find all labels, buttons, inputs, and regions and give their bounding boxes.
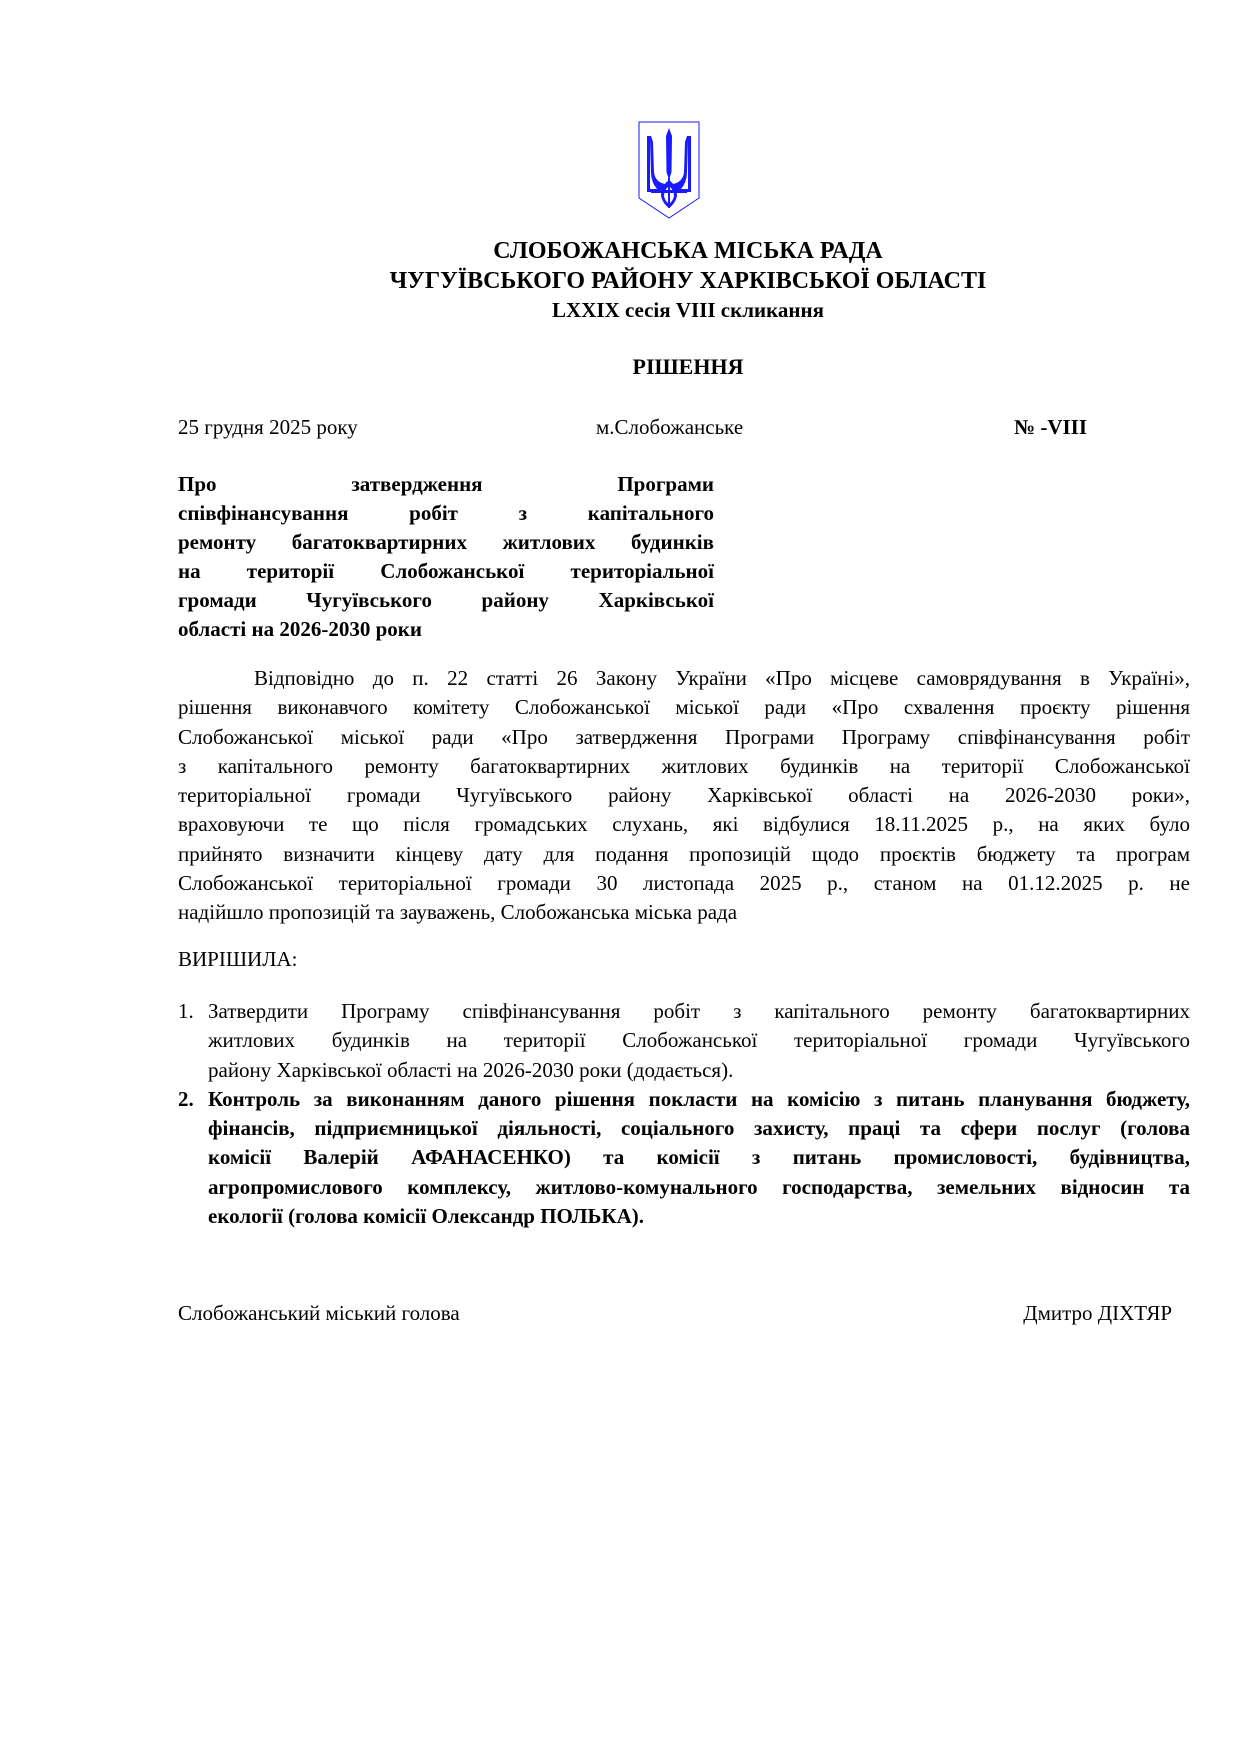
item-line: комісії Валерій АФАНАСЕНКО) та комісії з… xyxy=(208,1143,1190,1172)
item-line: району Харківської області на 2026-2030 … xyxy=(208,1056,1190,1085)
preamble-line: територіальної громади Чугуївського райо… xyxy=(178,781,1190,810)
council-name: СЛОБОЖАНСЬКА МІСЬКА РАДА xyxy=(0,236,1240,266)
resolution-item-2: 2. Контроль за виконанням даного рішення… xyxy=(178,1085,1190,1231)
council-district: ЧУГУЇВСЬКОГО РАЙОНУ ХАРКІВСЬКОЇ ОБЛАСТІ xyxy=(0,266,1240,296)
item-line: Контроль за виконанням даного рішення по… xyxy=(208,1085,1190,1114)
document-number: № -VIII xyxy=(1014,412,1087,442)
document-date: 25 грудня 2025 року xyxy=(178,412,358,442)
document-city: м.Слобожанське xyxy=(596,412,743,442)
item-line: агропромислового комплексу, житлово-кому… xyxy=(208,1173,1190,1202)
preamble-paragraph: Відповідно до п. 22 статті 26 Закону Укр… xyxy=(178,664,1190,928)
title-line: Про затвердження Програми xyxy=(178,470,714,499)
resolved-label: ВИРІШИЛА: xyxy=(178,944,297,974)
title-line: області на 2026-2030 роки xyxy=(178,615,714,644)
title-line: ремонту багатоквартирних житлових будинк… xyxy=(178,528,714,557)
session-line: LXXIX сесія VIII скликання xyxy=(0,296,1240,324)
item-line: фінансів, підприємницької діяльності, со… xyxy=(208,1114,1190,1143)
item-number: 2. xyxy=(178,1085,194,1114)
preamble-line: надійшло пропозицій та зауважень, Слобож… xyxy=(178,898,1190,927)
preamble-line: з капітального ремонту багатоквартирних … xyxy=(178,752,1190,781)
document-type-heading: РІШЕННЯ xyxy=(0,352,1240,382)
preamble-line: враховуючи те що після громадських слуха… xyxy=(178,810,1190,839)
decision-title: Про затвердження Програми співфінансуван… xyxy=(178,470,714,644)
item-line: екології (голова комісії Олександр ПОЛЬК… xyxy=(208,1202,1190,1231)
signatory-name: Дмитро ДІХТЯР xyxy=(1023,1298,1172,1328)
preamble-line: рішення виконавчого комітету Слобожанськ… xyxy=(178,693,1190,722)
preamble-line: Слобожанської міської ради «Про затвердж… xyxy=(178,723,1190,752)
document-meta-row: 25 грудня 2025 року м.Слобожанське № -VI… xyxy=(178,412,1100,442)
ukraine-trident-coat-of-arms-icon xyxy=(637,120,701,220)
preamble-line: Слобожанської територіальної громади 30 … xyxy=(178,869,1190,898)
item-line: Затвердити Програму співфінансування роб… xyxy=(208,997,1190,1026)
item-line: житлових будинків на території Слобожанс… xyxy=(208,1026,1190,1055)
title-line: співфінансування робіт з капітального xyxy=(178,499,714,528)
item-number: 1. xyxy=(178,997,194,1026)
title-line: громади Чугуївського району Харківської xyxy=(178,586,714,615)
preamble-line: Відповідно до п. 22 статті 26 Закону Укр… xyxy=(178,664,1190,693)
resolution-list: 1. Затвердити Програму співфінансування … xyxy=(178,997,1190,1231)
resolution-item-1: 1. Затвердити Програму співфінансування … xyxy=(178,997,1190,1085)
signatory-position: Слобожанський міський голова xyxy=(178,1298,460,1328)
title-line: на території Слобожанської територіально… xyxy=(178,557,714,586)
preamble-line: прийнято визначити кінцеву дату для пода… xyxy=(178,840,1190,869)
document-page: СЛОБОЖАНСЬКА МІСЬКА РАДА ЧУГУЇВСЬКОГО РА… xyxy=(0,0,1240,1754)
